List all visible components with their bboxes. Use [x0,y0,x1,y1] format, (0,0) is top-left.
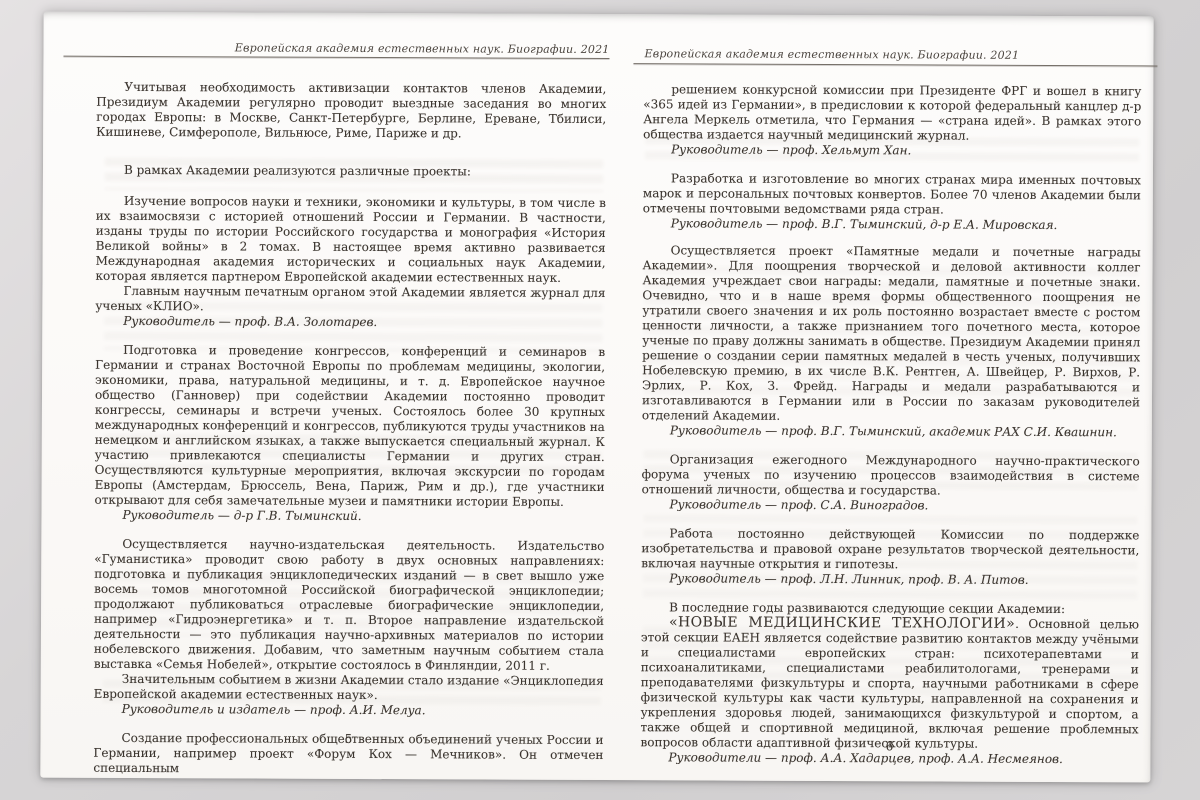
header-rule-left [63,56,609,59]
paragraph: Осуществляется проект «Памятные медали и… [642,243,1141,425]
text-column-page-6: решением конкурсной комиссии при Президе… [640,82,1141,767]
paragraph: Подготовка и проведение конгрессов, конф… [95,343,606,510]
paragraph: Главным научным печатным органом этой Ак… [95,284,605,316]
section-paragraph: «НОВЫЕ МЕДИЦИНСКИЕ ТЕХНОЛОГИИ». Основной… [640,615,1139,752]
leader-line: Руководитель и издатель — проф. А.И. Мел… [94,702,604,719]
paragraph: Значительным событием в жизни Академии с… [94,672,604,704]
page-number-right: 6 [640,738,1138,754]
paragraph: Организация ежегодного Международного на… [642,452,1140,499]
running-head-left: Европейская академия естественных наук. … [63,41,609,56]
photo-background: { "document": { "running_head": "Европей… [0,0,1200,800]
paragraph: решением конкурсной комиссии при Президе… [643,82,1141,144]
leader-line: Руководитель — д-р Г.В. Тыминский. [94,508,604,525]
text-column-page-5: Учитывая необходимость активизации конта… [93,80,606,778]
leader-line: Руководитель — проф. Л.Н. Линник, проф. … [641,571,1139,588]
header-rule-right [633,63,1157,66]
section-title: «НОВЫЕ МЕДИЦИНСКИЕ ТЕХНОЛОГИИ» [669,614,1015,632]
leader-line: Руководитель — проф. В.А. Золотарев. [95,314,605,331]
paragraph: Учитывая необходимость активизации конта… [96,80,606,142]
paragraph: В рамках Академии реализуются различные … [96,163,606,180]
paragraph: Работа постоянно действующей Комиссии по… [641,526,1139,573]
paragraph: Изучение вопросов науки и техники, эконо… [95,194,605,286]
paragraph: Осуществляется научно-издательская деяте… [94,537,605,674]
leader-line: Руководитель — проф. Хельмут Хан. [643,142,1141,159]
running-head-right: Европейская академия естественных наук. … [644,47,1158,62]
paragraph: Разработка и изготовление во многих стра… [643,171,1141,218]
section-text: . Основной целью этой секции ЕАЕН являет… [640,617,1139,751]
leader-line: Руководитель — проф. В.Г. Тыминский, д-р… [643,216,1141,233]
page-number-left: 5 [93,731,603,747]
book-spread: Европейская академия естественных наук. … [40,12,1153,783]
leader-line: Руководитель — проф. С.А. Виноградов. [641,497,1139,514]
leader-line: Руководитель — проф. В.Г. Тыминский, ака… [642,423,1140,440]
